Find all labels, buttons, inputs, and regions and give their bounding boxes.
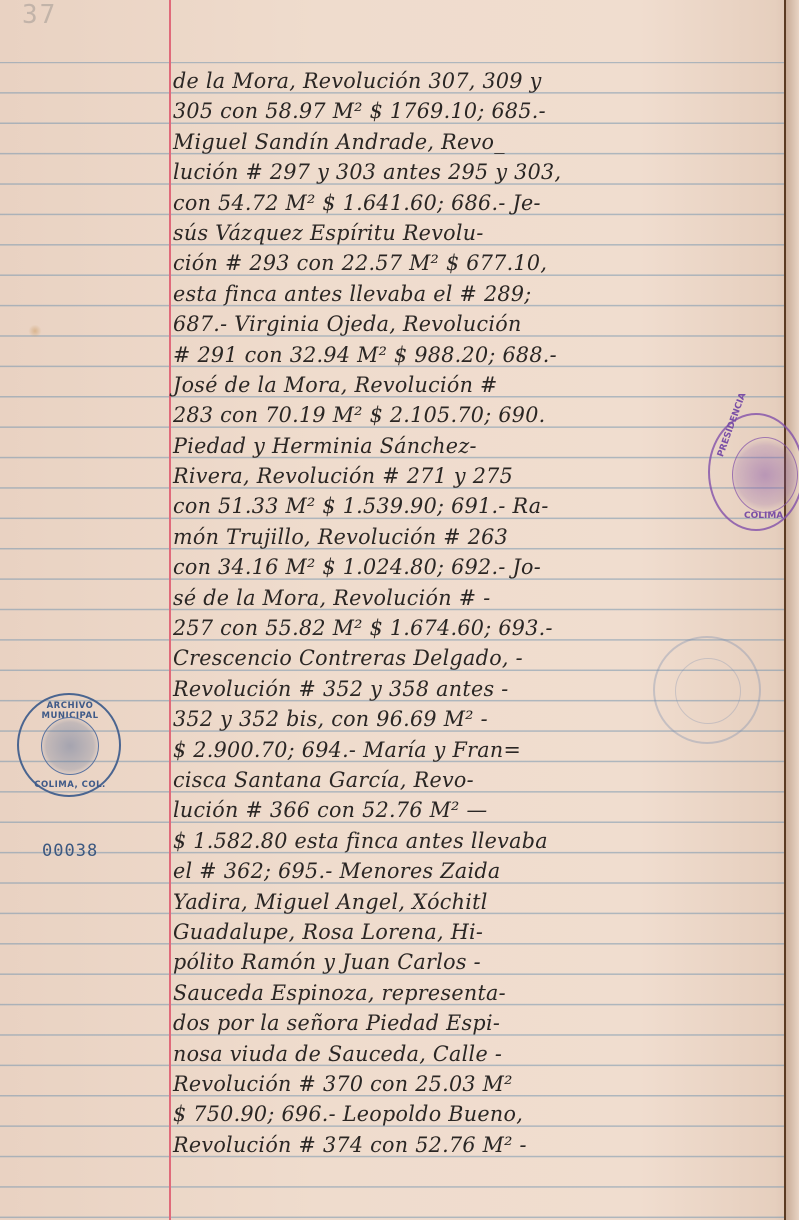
handwritten-line: Piedad y Herminia Sánchez-	[173, 431, 773, 461]
handwritten-line: món Trujillo, Revolución # 263	[173, 522, 773, 552]
handwritten-line: José de la Mora, Revolución #	[173, 370, 773, 400]
handwritten-line: con 34.16 M² $ 1.024.80; 692.- Jo-	[173, 552, 773, 582]
binding-gutter	[786, 0, 799, 1220]
handwritten-line: Rivera, Revolución # 271 y 275	[173, 461, 773, 491]
handwritten-line: $ 1.582.80 esta finca antes llevaba	[173, 826, 773, 856]
stamp-bottom-text: COLIMA	[744, 511, 783, 521]
presidencia-stamp: PRESIDENCIA COLIMA	[708, 413, 799, 531]
ledger-page: 37 de la Mora, Revolución 307, 309 y 305…	[0, 0, 799, 1220]
handwritten-line: $ 2.900.70; 694.- María y Fran=	[173, 735, 773, 765]
handwritten-line: con 51.33 M² $ 1.539.90; 691.- Ra-	[173, 491, 773, 521]
handwritten-line: de la Mora, Revolución 307, 309 y	[173, 66, 773, 96]
handwritten-line: 305 con 58.97 M² $ 1769.10; 685.-	[173, 96, 773, 126]
handwritten-line: lución # 366 con 52.76 M² —	[173, 795, 773, 825]
handwritten-line: el # 362; 695.- Menores Zaida	[173, 856, 773, 886]
handwritten-line: 283 con 70.19 M² $ 2.105.70; 690.	[173, 400, 773, 430]
binding-edge	[784, 0, 786, 1220]
handwritten-line: sé de la Mora, Revolución # -	[173, 583, 773, 613]
margin-line	[169, 0, 171, 1220]
handwritten-line: 257 con 55.82 M² $ 1.674.60; 693.-	[173, 613, 773, 643]
seal-emblem-icon	[732, 437, 798, 513]
handwritten-line: nosa viuda de Sauceda, Calle -	[173, 1039, 773, 1069]
handwritten-line: 687.- Virginia Ojeda, Revolución	[173, 309, 773, 339]
folio-number: 00038	[42, 841, 98, 861]
coat-of-arms-icon	[41, 717, 99, 775]
handwritten-line: pólito Ramón y Juan Carlos -	[173, 947, 773, 977]
handwritten-entries: de la Mora, Revolución 307, 309 y 305 co…	[173, 66, 783, 1160]
handwritten-line: Revolución # 370 con 25.03 M²	[173, 1069, 773, 1099]
handwritten-line: cisca Santana García, Revo-	[173, 765, 773, 795]
handwritten-line: lución # 297 y 303 antes 295 y 303,	[173, 157, 773, 187]
paper-stain	[28, 325, 42, 337]
handwritten-line: ción # 293 con 22.57 M² $ 677.10,	[173, 248, 773, 278]
handwritten-line: Yadira, Miguel Angel, Xóchitl	[173, 887, 773, 917]
handwritten-line: # 291 con 32.94 M² $ 988.20; 688.-	[173, 340, 773, 370]
handwritten-line: esta finca antes llevaba el # 289;	[173, 279, 773, 309]
handwritten-line: Revolución # 352 y 358 antes -	[173, 674, 773, 704]
page-number: 37	[22, 0, 57, 30]
archivo-municipal-stamp: ARCHIVO MUNICIPAL COLIMA, COL.	[17, 693, 121, 797]
handwritten-line: Miguel Sandín Andrade, Revo_	[173, 127, 773, 157]
handwritten-line: Guadalupe, Rosa Lorena, Hi-	[173, 917, 773, 947]
handwritten-line: con 54.72 M² $ 1.641.60; 686.- Je-	[173, 188, 773, 218]
handwritten-line: Revolución # 374 con 52.76 M² -	[173, 1130, 773, 1160]
handwritten-line: $ 750.90; 696.- Leopoldo Bueno,	[173, 1099, 773, 1129]
stamp-bottom-text: COLIMA, COL.	[27, 780, 113, 790]
handwritten-line: dos por la señora Piedad Espi-	[173, 1008, 773, 1038]
handwritten-line: Sauceda Espinoza, representa-	[173, 978, 773, 1008]
handwritten-line: 352 y 352 bis, con 96.69 M² -	[173, 704, 773, 734]
handwritten-line: Crescencio Contreras Delgado, -	[173, 643, 773, 673]
handwritten-line: sús Vázquez Espíritu Revolu-	[173, 218, 773, 248]
